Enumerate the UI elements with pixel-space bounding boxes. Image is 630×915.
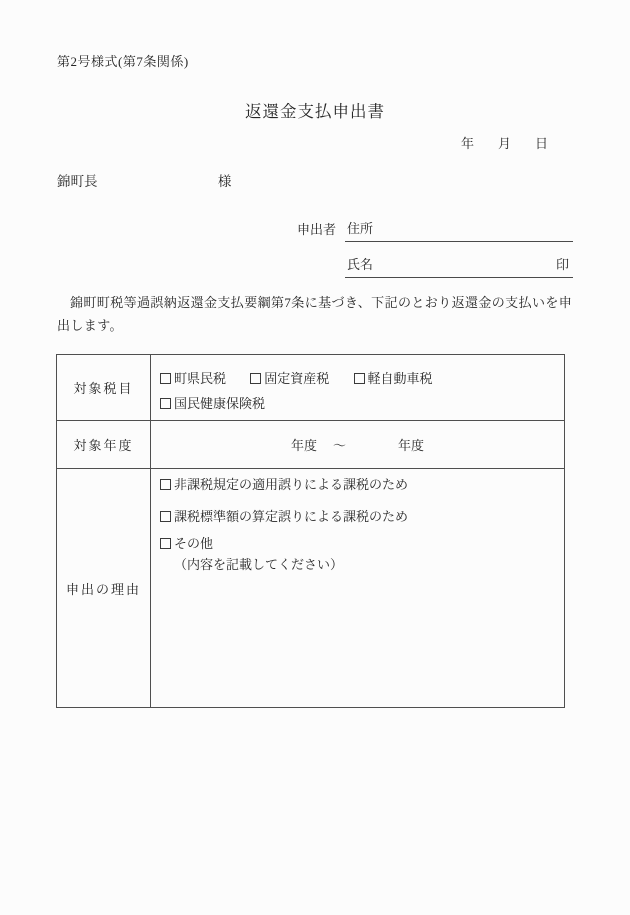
checkbox-icon[interactable]: [160, 511, 171, 522]
checkbox-icon[interactable]: [160, 373, 171, 384]
address-field-label: 住所: [347, 218, 373, 237]
tax-item-label: 国民健康保険税: [174, 396, 265, 411]
checkbox-icon[interactable]: [250, 373, 261, 384]
reason-item-other: その他: [160, 536, 558, 552]
applicant-address-row: 申出者 住所: [297, 218, 573, 242]
date-year-label: 年: [461, 133, 474, 152]
addressee-line: 錦町長 様: [57, 170, 231, 190]
tax-item-property: 固定資産税: [250, 371, 329, 386]
reason-freetext-area[interactable]: [160, 573, 558, 683]
name-field[interactable]: 氏名 印: [345, 254, 573, 278]
checkbox-icon[interactable]: [354, 373, 365, 384]
seal-label: 印: [556, 254, 573, 273]
checkbox-icon[interactable]: [160, 398, 171, 409]
tax-item-vehicle: 軽自動車税: [354, 371, 433, 386]
year-range-tilde: 〜: [333, 435, 346, 454]
form-code: 第2号様式(第7条関係): [57, 51, 189, 70]
reason-item-label: 課税標準額の算定誤りによる課税のため: [174, 509, 408, 524]
tax-items-line1: 町県民税 固定資産税 軽自動車税: [160, 366, 558, 391]
tax-row-header: 対象税目: [57, 355, 151, 421]
year-from-label: 年度: [291, 435, 317, 454]
address-field[interactable]: 住所: [345, 218, 573, 242]
addressee-name: 錦町長: [57, 174, 98, 189]
year-row-content[interactable]: 年度 〜 年度: [151, 421, 564, 469]
reason-row-content: 非課税規定の適用誤りによる課税のため 課税標準額の算定誤りによる課税のため その…: [151, 469, 564, 707]
tax-row-content: 町県民税 固定資産税 軽自動車税 国民健康保険税: [151, 355, 564, 421]
tax-item-health-insurance: 国民健康保険税: [160, 396, 265, 411]
tax-item-label: 軽自動車税: [368, 371, 433, 386]
document-page: 第2号様式(第7条関係) 返還金支払申出書 年 月 日 錦町長 様 申出者 住所…: [0, 0, 630, 915]
tax-item-resident: 町県民税: [160, 371, 226, 386]
year-row-header: 対象年度: [57, 421, 151, 469]
page-title: 返還金支払申出書: [0, 98, 630, 122]
intro-paragraph: 錦町町税等過誤納返還金支払要綱第7条に基づき、下記のとおり返還金の支払いを申出し…: [57, 291, 574, 337]
addressee-honorific: 様: [218, 174, 232, 189]
form-table: 対象税目 町県民税 固定資産税 軽自動車税 国民健康保険税 対象年度 年度 〜 …: [56, 354, 565, 708]
reason-item-assessment: 課税標準額の算定誤りによる課税のため: [160, 509, 558, 525]
tax-item-label: 固定資産税: [264, 371, 329, 386]
checkbox-icon[interactable]: [160, 538, 171, 549]
applicant-label: 申出者: [297, 219, 337, 242]
checkbox-icon[interactable]: [160, 479, 171, 490]
tax-items-line2: 国民健康保険税: [160, 391, 558, 416]
reason-other-hint: （内容を記載してください）: [160, 557, 558, 573]
date-month-label: 月: [498, 133, 511, 152]
year-to-label: 年度: [398, 435, 424, 454]
reason-item-label: その他: [174, 536, 213, 551]
applicant-name-row: 氏名 印: [297, 254, 573, 278]
reason-item-label: 非課税規定の適用誤りによる課税のため: [174, 477, 408, 492]
reason-row-header: 申出の理由: [57, 469, 151, 707]
applicant-block: 申出者 住所 氏名 印: [297, 218, 573, 278]
name-field-label: 氏名: [347, 254, 373, 273]
tax-item-label: 町県民税: [174, 371, 226, 386]
reason-item-nontaxable: 非課税規定の適用誤りによる課税のため: [160, 477, 558, 493]
date-line: 年 月 日: [461, 133, 548, 152]
date-day-label: 日: [535, 133, 548, 152]
